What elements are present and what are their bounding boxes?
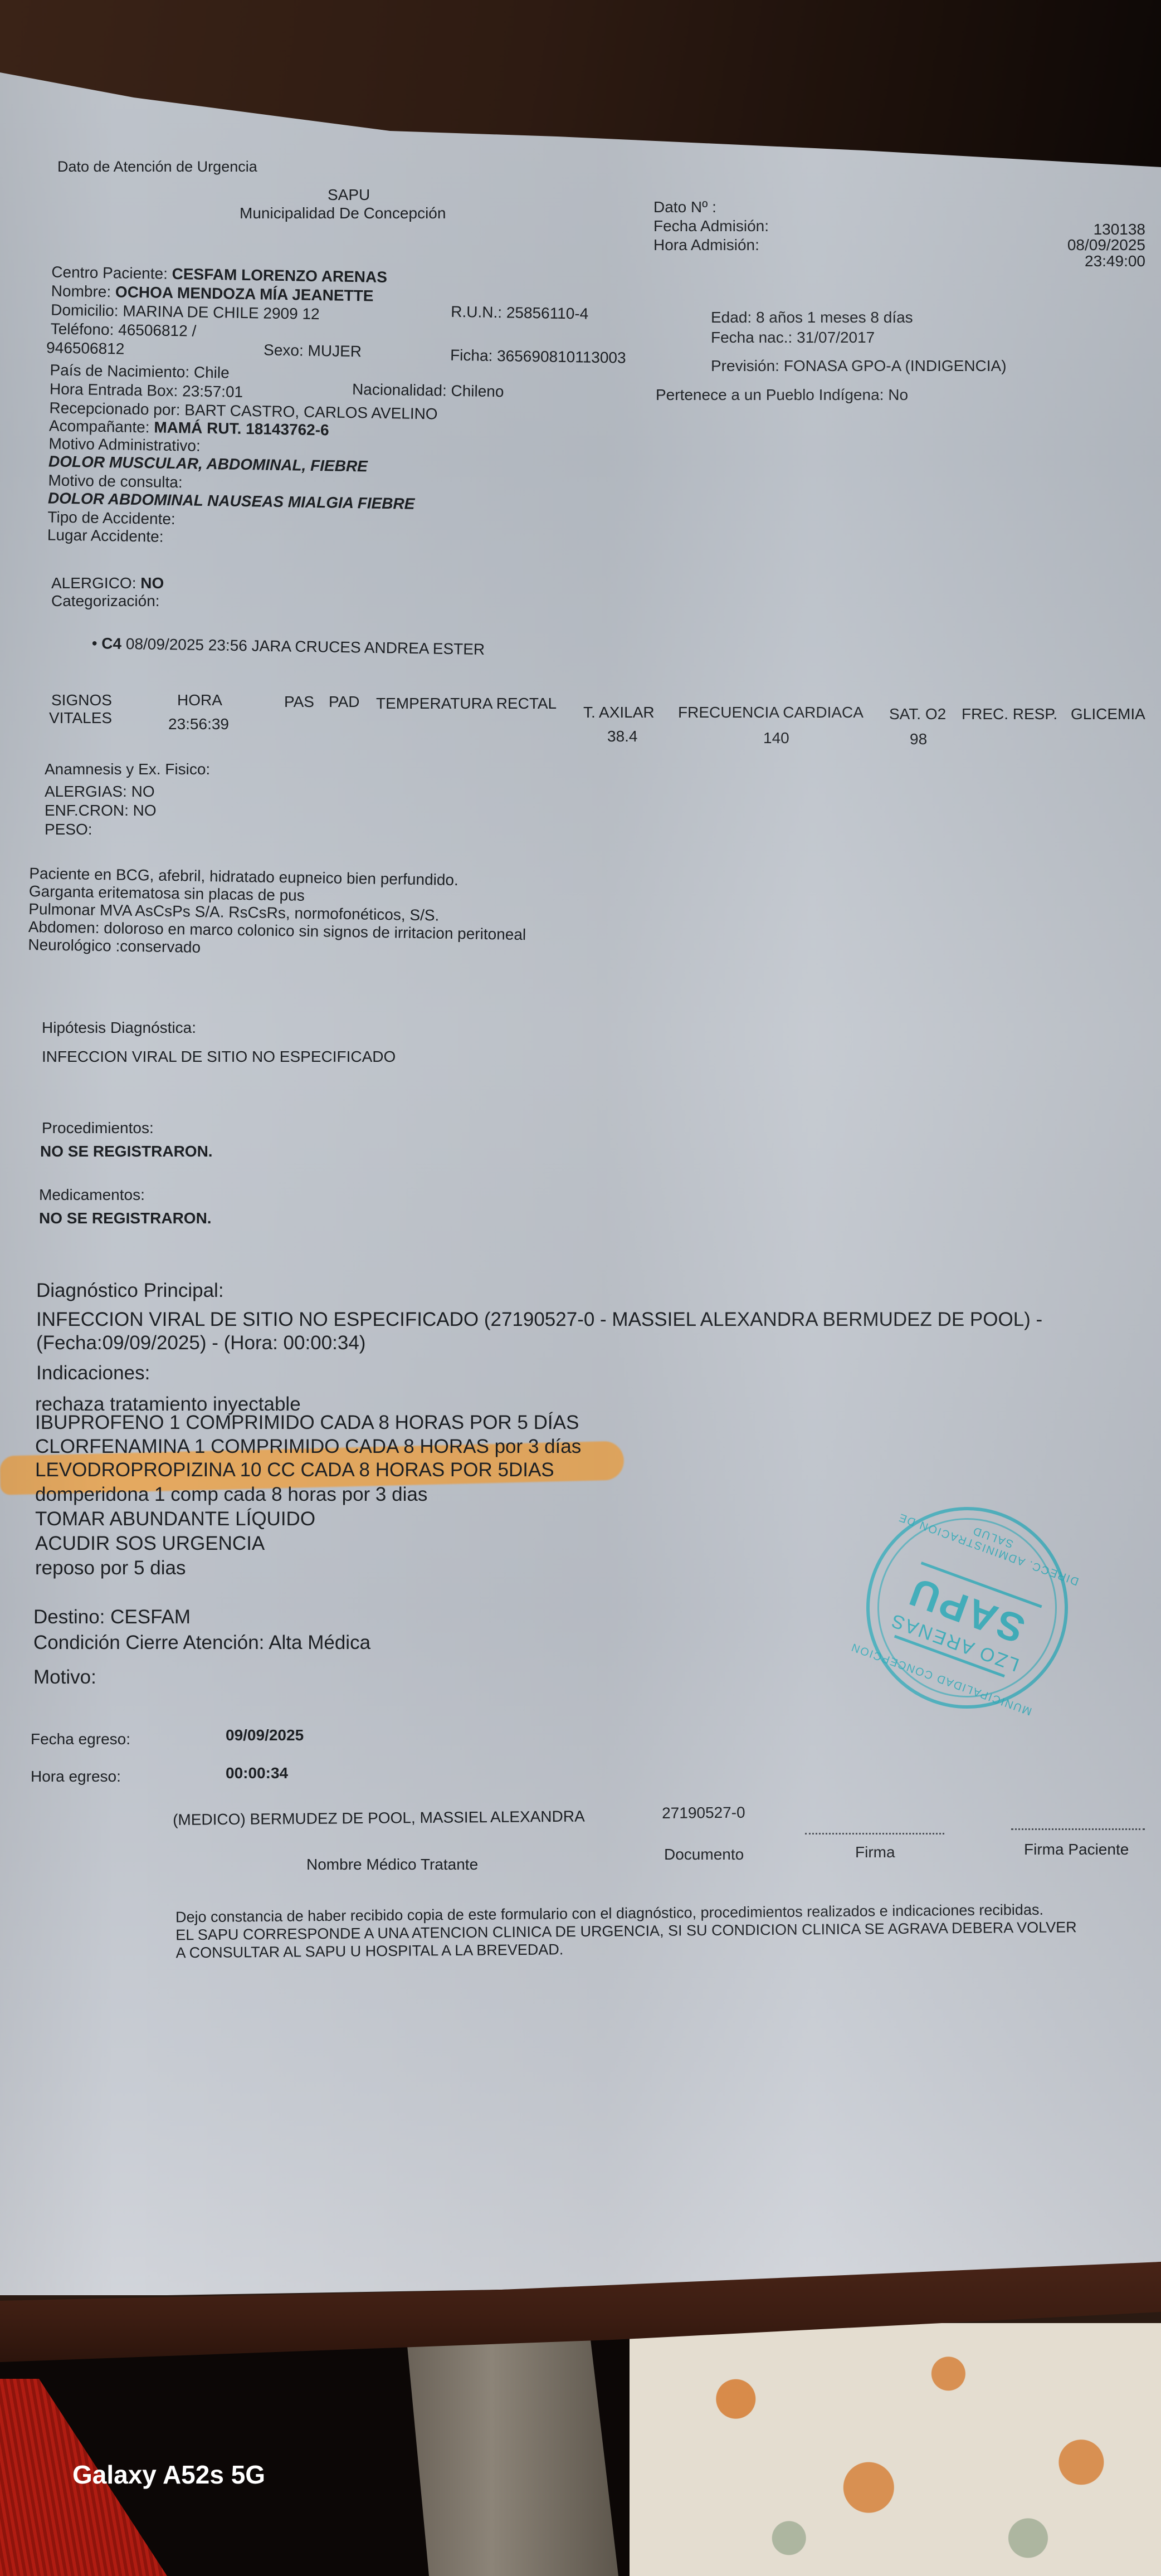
vitals-header-pad: PAD [329, 692, 360, 711]
hipotesis-value: INFECCION VIRAL DE SITIO NO ESPECIFICADO [42, 1047, 396, 1066]
nacionalidad-field: Nacionalidad: Chileno [352, 380, 504, 401]
vitals-header-t-axilar: T. AXILAR [583, 703, 655, 722]
nombre-medico-label: Nombre Médico Tratante [306, 1855, 478, 1874]
anamnesis-peso: PESO: [45, 820, 92, 839]
document-title: Dato de Atención de Urgencia [57, 158, 257, 175]
vitals-header-temp-rectal: TEMPERATURA RECTAL [376, 694, 557, 713]
vitals-header-frecuencia-cardiaca: FRECUENCIA CARDIACA [678, 703, 864, 722]
vitals-header-frec-resp: FREC. RESP. [962, 705, 1057, 724]
pais-value: Chile [194, 364, 230, 382]
vitals-header-signos-1: SIGNOS [51, 691, 112, 710]
ficha-label: Ficha: [450, 347, 493, 364]
hora-box-label: Hora Entrada Box: [50, 380, 178, 399]
hipotesis-label: Hipótesis Diagnóstica: [42, 1018, 196, 1037]
medicamentos-label: Medicamentos: [39, 1185, 145, 1204]
vitals-header-hora: HORA [177, 691, 222, 710]
categorizacion-detail: 08/09/2025 23:56 JARA CRUCES ANDREA ESTE… [126, 635, 485, 658]
sexo-field: Sexo: MUJER [264, 341, 362, 361]
vitals-value-sat-o2: 98 [910, 730, 927, 749]
run-field: R.U.N.: 25856110-4 [451, 303, 588, 323]
fecha-admision-label: Fecha Admisión: [653, 217, 769, 236]
nombre-value: OCHOA MENDOZA MÍA JEANETTE [115, 283, 374, 304]
vitals-value-frecuencia-cardiaca: 140 [763, 729, 789, 748]
ficha-field: Ficha: 365690810113003 [450, 346, 626, 368]
fecha-nac-value: 31/07/2017 [797, 329, 875, 346]
nombre-label: Nombre: [51, 282, 111, 301]
fecha-egreso-value: 09/09/2025 [226, 1726, 304, 1745]
hora-egreso-label: Hora egreso: [31, 1767, 121, 1786]
destino: Destino: CESFAM [33, 1606, 191, 1629]
centro-value: CESFAM LORENZO ARENAS [172, 265, 387, 286]
hora-box-value: 23:57:01 [182, 382, 243, 401]
anamnesis-label: Anamnesis y Ex. Fisico: [45, 760, 210, 779]
medicamentos-value: NO SE REGISTRARON. [39, 1209, 212, 1228]
telefono-value-2: 946506812 [46, 338, 125, 358]
firma-line [805, 1833, 944, 1835]
ficha-value: 365690810113003 [497, 347, 626, 367]
pueblo-value: No [888, 386, 908, 403]
anamnesis-alergias: ALERGIAS: NO [45, 782, 155, 801]
pais-label: País de Nacimiento: [50, 361, 189, 380]
recepcionado-label: Recepcionado por: [49, 399, 181, 418]
sexo-label: Sexo: [264, 341, 304, 359]
acompanante-value: MAMÁ RUT. 18143762-6 [154, 418, 329, 438]
prevision-field: Previsión: FONASA GPO-A (INDIGENCIA) [711, 357, 1007, 375]
fecha-nac-label: Fecha nac.: [711, 329, 792, 346]
bullet-icon: • [91, 635, 97, 652]
document-paper: Dato de Atención de Urgencia SAPU Munici… [0, 0, 1161, 2295]
indicaciones-label: Indicaciones: [36, 1362, 150, 1385]
categorizacion-label: Categorización: [51, 592, 160, 611]
condicion-cierre: Condición Cierre Atención: Alta Médica [33, 1631, 370, 1655]
camera-watermark: Galaxy A52s 5G [72, 2460, 265, 2490]
categorizacion-level: C4 [101, 635, 121, 652]
prevision-value: FONASA GPO-A (INDIGENCIA) [784, 357, 1007, 374]
vitals-value-t-axilar: 38.4 [607, 727, 638, 746]
pais-field: País de Nacimiento: Chile [50, 360, 230, 382]
fecha-egreso-label: Fecha egreso: [31, 1730, 130, 1749]
edad-label: Edad: [711, 309, 752, 326]
sapu-stamp: MUNICIPALIDAD CONCEPCION LZO ARENAS SAPU… [838, 1479, 1096, 1737]
telefono-field: Teléfono: 46506812 / [50, 320, 196, 341]
medico-documento-value: 27190527-0 [662, 1803, 745, 1823]
alergico-label: ALERGICO: [51, 574, 136, 592]
pueblo-label: Pertenece a un Pueblo Indígena: [656, 386, 884, 403]
firma-paciente-label: Firma Paciente [1024, 1840, 1129, 1859]
domicilio-value: MARINA DE CHILE 2909 12 [123, 303, 320, 323]
indicacion-item: IBUPROFENO 1 COMPRIMIDO CADA 8 HORAS POR… [35, 1411, 579, 1435]
indicacion-item: domperidona 1 comp cada 8 horas por 3 di… [35, 1483, 427, 1506]
disclaimer-line: A CONSULTAR AL SAPU U HOSPITAL A LA BREV… [175, 1940, 563, 1962]
telefono-label: Teléfono: [51, 320, 114, 339]
indicacion-item: CLORFENAMINA 1 COMPRIMIDO CADA 8 HORAS p… [35, 1435, 581, 1458]
documento-label: Documento [664, 1845, 744, 1864]
hora-admision-label: Hora Admisión: [653, 236, 759, 255]
domicilio-label: Domicilio: [51, 301, 119, 320]
telefono-value-1: 46506812 / [118, 321, 197, 339]
rug [630, 2323, 1161, 2576]
anamnesis-enf-cron: ENF.CRON: NO [45, 801, 157, 820]
org-name: SAPU [328, 186, 370, 204]
nacionalidad-label: Nacionalidad: [352, 380, 447, 399]
pueblo-indigena-field: Pertenece a un Pueblo Indígena: No [656, 386, 908, 404]
nacionalidad-value: Chileno [451, 382, 504, 400]
centro-label: Centro Paciente: [51, 264, 168, 282]
vitals-header-glicemia: GLICEMIA [1071, 705, 1145, 724]
diagnostico-principal-line2: (Fecha:09/09/2025) - (Hora: 00:00:34) [36, 1331, 365, 1355]
firma-label: Firma [855, 1843, 895, 1862]
hora-box-field: Hora Entrada Box: 23:57:01 [50, 379, 243, 401]
diagnostico-principal-label: Diagnóstico Principal: [36, 1279, 224, 1302]
run-label: R.U.N.: [451, 303, 502, 321]
vitals-header-signos-2: VITALES [49, 709, 112, 728]
firma-paciente-line [1011, 1828, 1145, 1830]
wooden-table-leg [407, 2340, 618, 2576]
run-value: 25856110-4 [506, 304, 589, 322]
vitals-header-pas: PAS [284, 692, 314, 711]
procedimientos-value: NO SE REGISTRARON. [40, 1142, 213, 1161]
hora-admision-value: 23:49:00 [1085, 252, 1145, 271]
alergico-value: NO [140, 574, 164, 592]
acompanante-label: Acompañante: [49, 417, 150, 436]
medico-tratante-name: (MEDICO) BERMUDEZ DE POOL, MASSIEL ALEXA… [173, 1807, 585, 1829]
edad-value: 8 años 1 meses 8 días [756, 309, 913, 326]
fecha-nac-field: Fecha nac.: 31/07/2017 [711, 328, 875, 347]
hora-egreso-value: 00:00:34 [226, 1764, 288, 1783]
indicacion-item: reposo por 5 dias [35, 1557, 186, 1580]
org-municipality: Municipalidad De Concepción [240, 204, 446, 223]
indicacion-item: ACUDIR SOS URGENCIA [35, 1532, 265, 1555]
prevision-label: Previsión: [711, 357, 779, 374]
vitals-header-sat-o2: SAT. O2 [889, 705, 946, 724]
edad-field: Edad: 8 años 1 meses 8 días [711, 308, 913, 327]
alergico-field: ALERGICO: NO [51, 574, 164, 593]
categorizacion-entry: • C4 08/09/2025 23:56 JARA CRUCES ANDREA… [91, 634, 485, 659]
exam-line: Neurológico :conservado [28, 935, 201, 957]
procedimientos-label: Procedimientos: [42, 1119, 154, 1138]
motivo-cierre: Motivo: [33, 1666, 96, 1689]
indicacion-item: TOMAR ABUNDANTE LÍQUIDO [35, 1507, 315, 1531]
indicacion-item-highlighted: LEVODROPROPIZINA 10 CC CADA 8 HORAS POR … [35, 1458, 554, 1482]
sexo-value: MUJER [308, 342, 362, 360]
lugar-accidente-label: Lugar Accidente: [47, 525, 164, 546]
diagnostico-principal-line1: INFECCION VIRAL DE SITIO NO ESPECIFICADO… [36, 1308, 1042, 1331]
dato-label: Dato Nº : [653, 198, 716, 217]
vitals-value-hora: 23:56:39 [168, 715, 229, 734]
